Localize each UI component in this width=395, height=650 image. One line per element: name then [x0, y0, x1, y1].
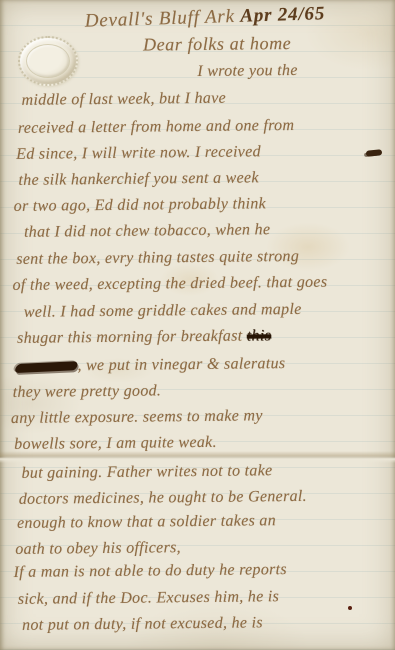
letter-line: bowells sore, I am quite weak. — [14, 433, 217, 455]
letter-line: well. I had some griddle cakes and maple — [24, 300, 302, 323]
letter-line: oath to obey his officers, — [15, 538, 181, 560]
letter-text: the silk hankerchief you sent a week — [18, 169, 259, 189]
letter-text: If a man is not able to do duty he repor… — [13, 561, 286, 581]
letter-sheet: Devall's Bluff Ark Apr 24/65Dear folks a… — [0, 0, 395, 650]
letter-text: sent the box, evry thing tastes quite st… — [16, 248, 299, 268]
letter-text: or two ago, Ed did not probably think — [14, 195, 266, 215]
letter-line: that I did not chew tobacco, when he — [24, 220, 271, 243]
letter-line: Ed since, I will write now. I received — [16, 142, 261, 165]
letter-line: not put on duty, if not excused, he is — [22, 613, 263, 636]
letter-body: Devall's Bluff Ark Apr 24/65Dear folks a… — [0, 0, 395, 650]
letter-text: bowells sore, I am quite weak. — [14, 434, 217, 453]
letter-line: middle of last week, but I have — [22, 89, 227, 111]
letter-line: received a letter from home and one from — [18, 116, 295, 139]
letter-text: Ed since, I will write now. I received — [16, 143, 261, 163]
letter-text: of the weed, excepting the dried beef. t… — [12, 274, 327, 294]
letter-line: the silk hankerchief you sent a week — [18, 168, 259, 191]
letter-text: but gaining. Father writes not to take — [21, 462, 272, 482]
letter-text: not put on duty, if not excused, he is — [22, 614, 263, 634]
letter-text: they were pretty good. — [13, 382, 162, 401]
letter-text: shugar this morning for breakfast — [17, 327, 247, 346]
letter-line: enough to know that a soldier takes an — [17, 511, 276, 534]
letter-line: , we put in vinegar & saleratus — [15, 354, 285, 377]
letter-text: any little exposure. seems to make my — [11, 407, 263, 427]
letter-line: shugar this morning for breakfast this — [17, 326, 271, 349]
letter-line: but gaining. Father writes not to take — [21, 461, 272, 484]
letter-text: sick, and if the Doc. Excuses him, he is — [18, 588, 279, 608]
letter-text: enough to know that a soldier takes an — [17, 512, 276, 532]
letter-line: or two ago, Ed did not probably think — [14, 194, 266, 217]
letter-text: Apr 24/65 — [240, 3, 325, 27]
letter-text: I wrote you the — [197, 62, 298, 80]
letter-line: sick, and if the Doc. Excuses him, he is — [18, 587, 279, 610]
ink-blot — [14, 361, 80, 373]
letter-line: If a man is not able to do duty he repor… — [13, 560, 287, 583]
letter-text: Devall's Bluff Ark — [84, 6, 240, 32]
letter-text: doctors medicines, he ought to be Genera… — [19, 488, 307, 508]
letter-text: , we put in vinegar & saleratus — [77, 355, 285, 374]
letter-line: they were pretty good. — [13, 381, 162, 403]
letter-text: middle of last week, but I have — [22, 90, 227, 109]
letter-line: sent the box, evry thing tastes quite st… — [16, 247, 299, 270]
letter-line: Devall's Bluff Ark Apr 24/65 — [85, 4, 326, 32]
letter-line: any little exposure. seems to make my — [11, 406, 263, 429]
letter-text: this — [247, 327, 272, 344]
letter-line: doctors medicines, he ought to be Genera… — [19, 487, 307, 510]
letter-text: oath to obey his officers, — [15, 539, 181, 558]
letter-line: of the weed, excepting the dried beef. t… — [12, 273, 327, 296]
letter-line: Dear folks at home — [143, 33, 291, 55]
letter-text: well. I had some griddle cakes and maple — [24, 301, 302, 321]
letter-line: I wrote you the — [197, 61, 298, 82]
letter-text: Dear folks at home — [143, 33, 291, 55]
letter-text: received a letter from home and one from — [18, 117, 295, 137]
letter-text: that I did not chew tobacco, when he — [24, 221, 270, 241]
